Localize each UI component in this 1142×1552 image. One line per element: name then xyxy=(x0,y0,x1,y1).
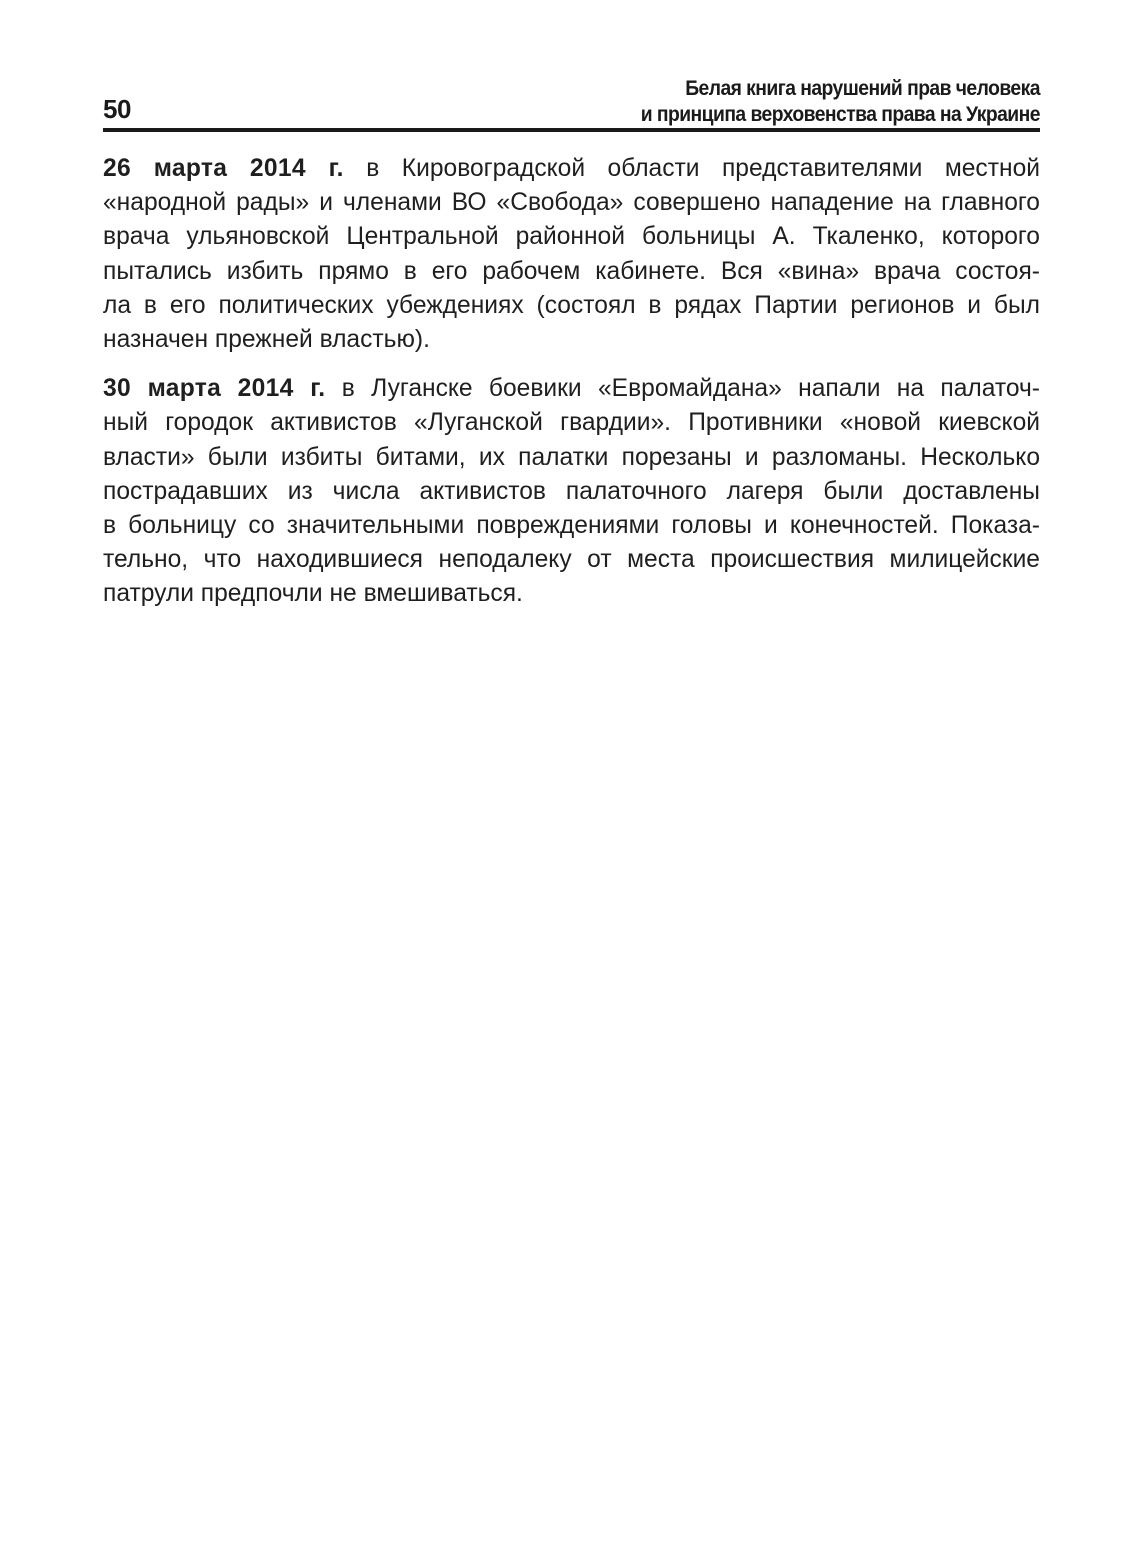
text-line: тельно, что находившиеся неподалеку от м… xyxy=(103,543,1040,577)
text-line: в больницу со значительными повреждениям… xyxy=(103,509,1040,543)
running-title-line-2: и принципа верховенства права на Украине xyxy=(641,102,1040,128)
text-line: патрули предпочли не вмешиваться. xyxy=(103,577,1040,611)
text-line: назначен прежней властью). xyxy=(103,323,1040,357)
header-rule xyxy=(103,128,1040,132)
text-line: пострадавших из числа активистов палаточ… xyxy=(103,475,1040,509)
text-line: ла в его политических убеждениях (состоя… xyxy=(103,289,1040,323)
page-header: 50 Белая книга нарушений прав человека и… xyxy=(103,72,1040,134)
running-title-line-1: Белая книга нарушений прав человека xyxy=(641,76,1040,102)
entry-date: 30 марта 2014 г. xyxy=(103,375,325,402)
text-line: врача ульяновской Центральной районной б… xyxy=(103,220,1040,254)
entry-date: 26 марта 2014 г. xyxy=(103,155,344,182)
page-number: 50 xyxy=(103,94,131,125)
text-line: пытались избить прямо в его рабочем каби… xyxy=(103,255,1040,289)
text-line: 30 марта 2014 г. в Луганске боевики «Евр… xyxy=(103,372,1040,406)
page-body: 26 марта 2014 г. в Кировоградской област… xyxy=(103,152,1040,627)
text-line: «народной рады» и членами ВО «Свобода» с… xyxy=(103,186,1040,220)
running-title: Белая книга нарушений прав человека и пр… xyxy=(641,76,1040,128)
paragraph-march-26: 26 марта 2014 г. в Кировоградской област… xyxy=(103,152,1040,357)
paragraph-march-30: 30 марта 2014 г. в Луганске боевики «Евр… xyxy=(103,372,1040,611)
text-line: 26 марта 2014 г. в Кировоградской област… xyxy=(103,152,1040,186)
text-line: власти» были избиты битами, их палатки п… xyxy=(103,441,1040,475)
text-line: ный городок активистов «Луганской гварди… xyxy=(103,406,1040,440)
